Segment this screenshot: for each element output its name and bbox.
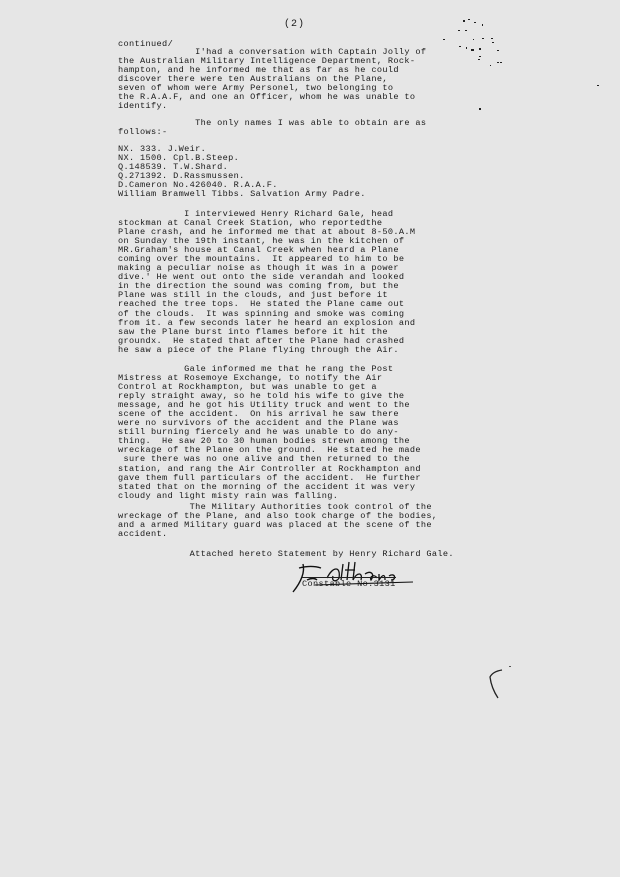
paragraph-captain-jolly: I'had a conversation with Captain Jolly … xyxy=(118,48,426,111)
constable-title: Constable No.3131 xyxy=(302,577,396,589)
page-number: (2) xyxy=(284,19,305,30)
paragraph-gale-interview: I interviewed Henry Richard Gale, head s… xyxy=(118,210,415,355)
scan-noise-specks xyxy=(430,10,620,110)
stray-pen-mark xyxy=(460,640,540,720)
paragraph-military-authorities: The Military Authorities took control of… xyxy=(118,503,437,539)
names-list: NX. 333. J.Weir. NX. 1500. Cpl.B.Steep. … xyxy=(118,145,366,199)
paragraph-names-intro: The only names I was able to obtain are … xyxy=(118,119,426,137)
document-page: (2) continued/ I'had a conversation with… xyxy=(0,0,620,877)
paragraph-gale-report: Gale informed me that he rang the Post M… xyxy=(118,365,421,501)
